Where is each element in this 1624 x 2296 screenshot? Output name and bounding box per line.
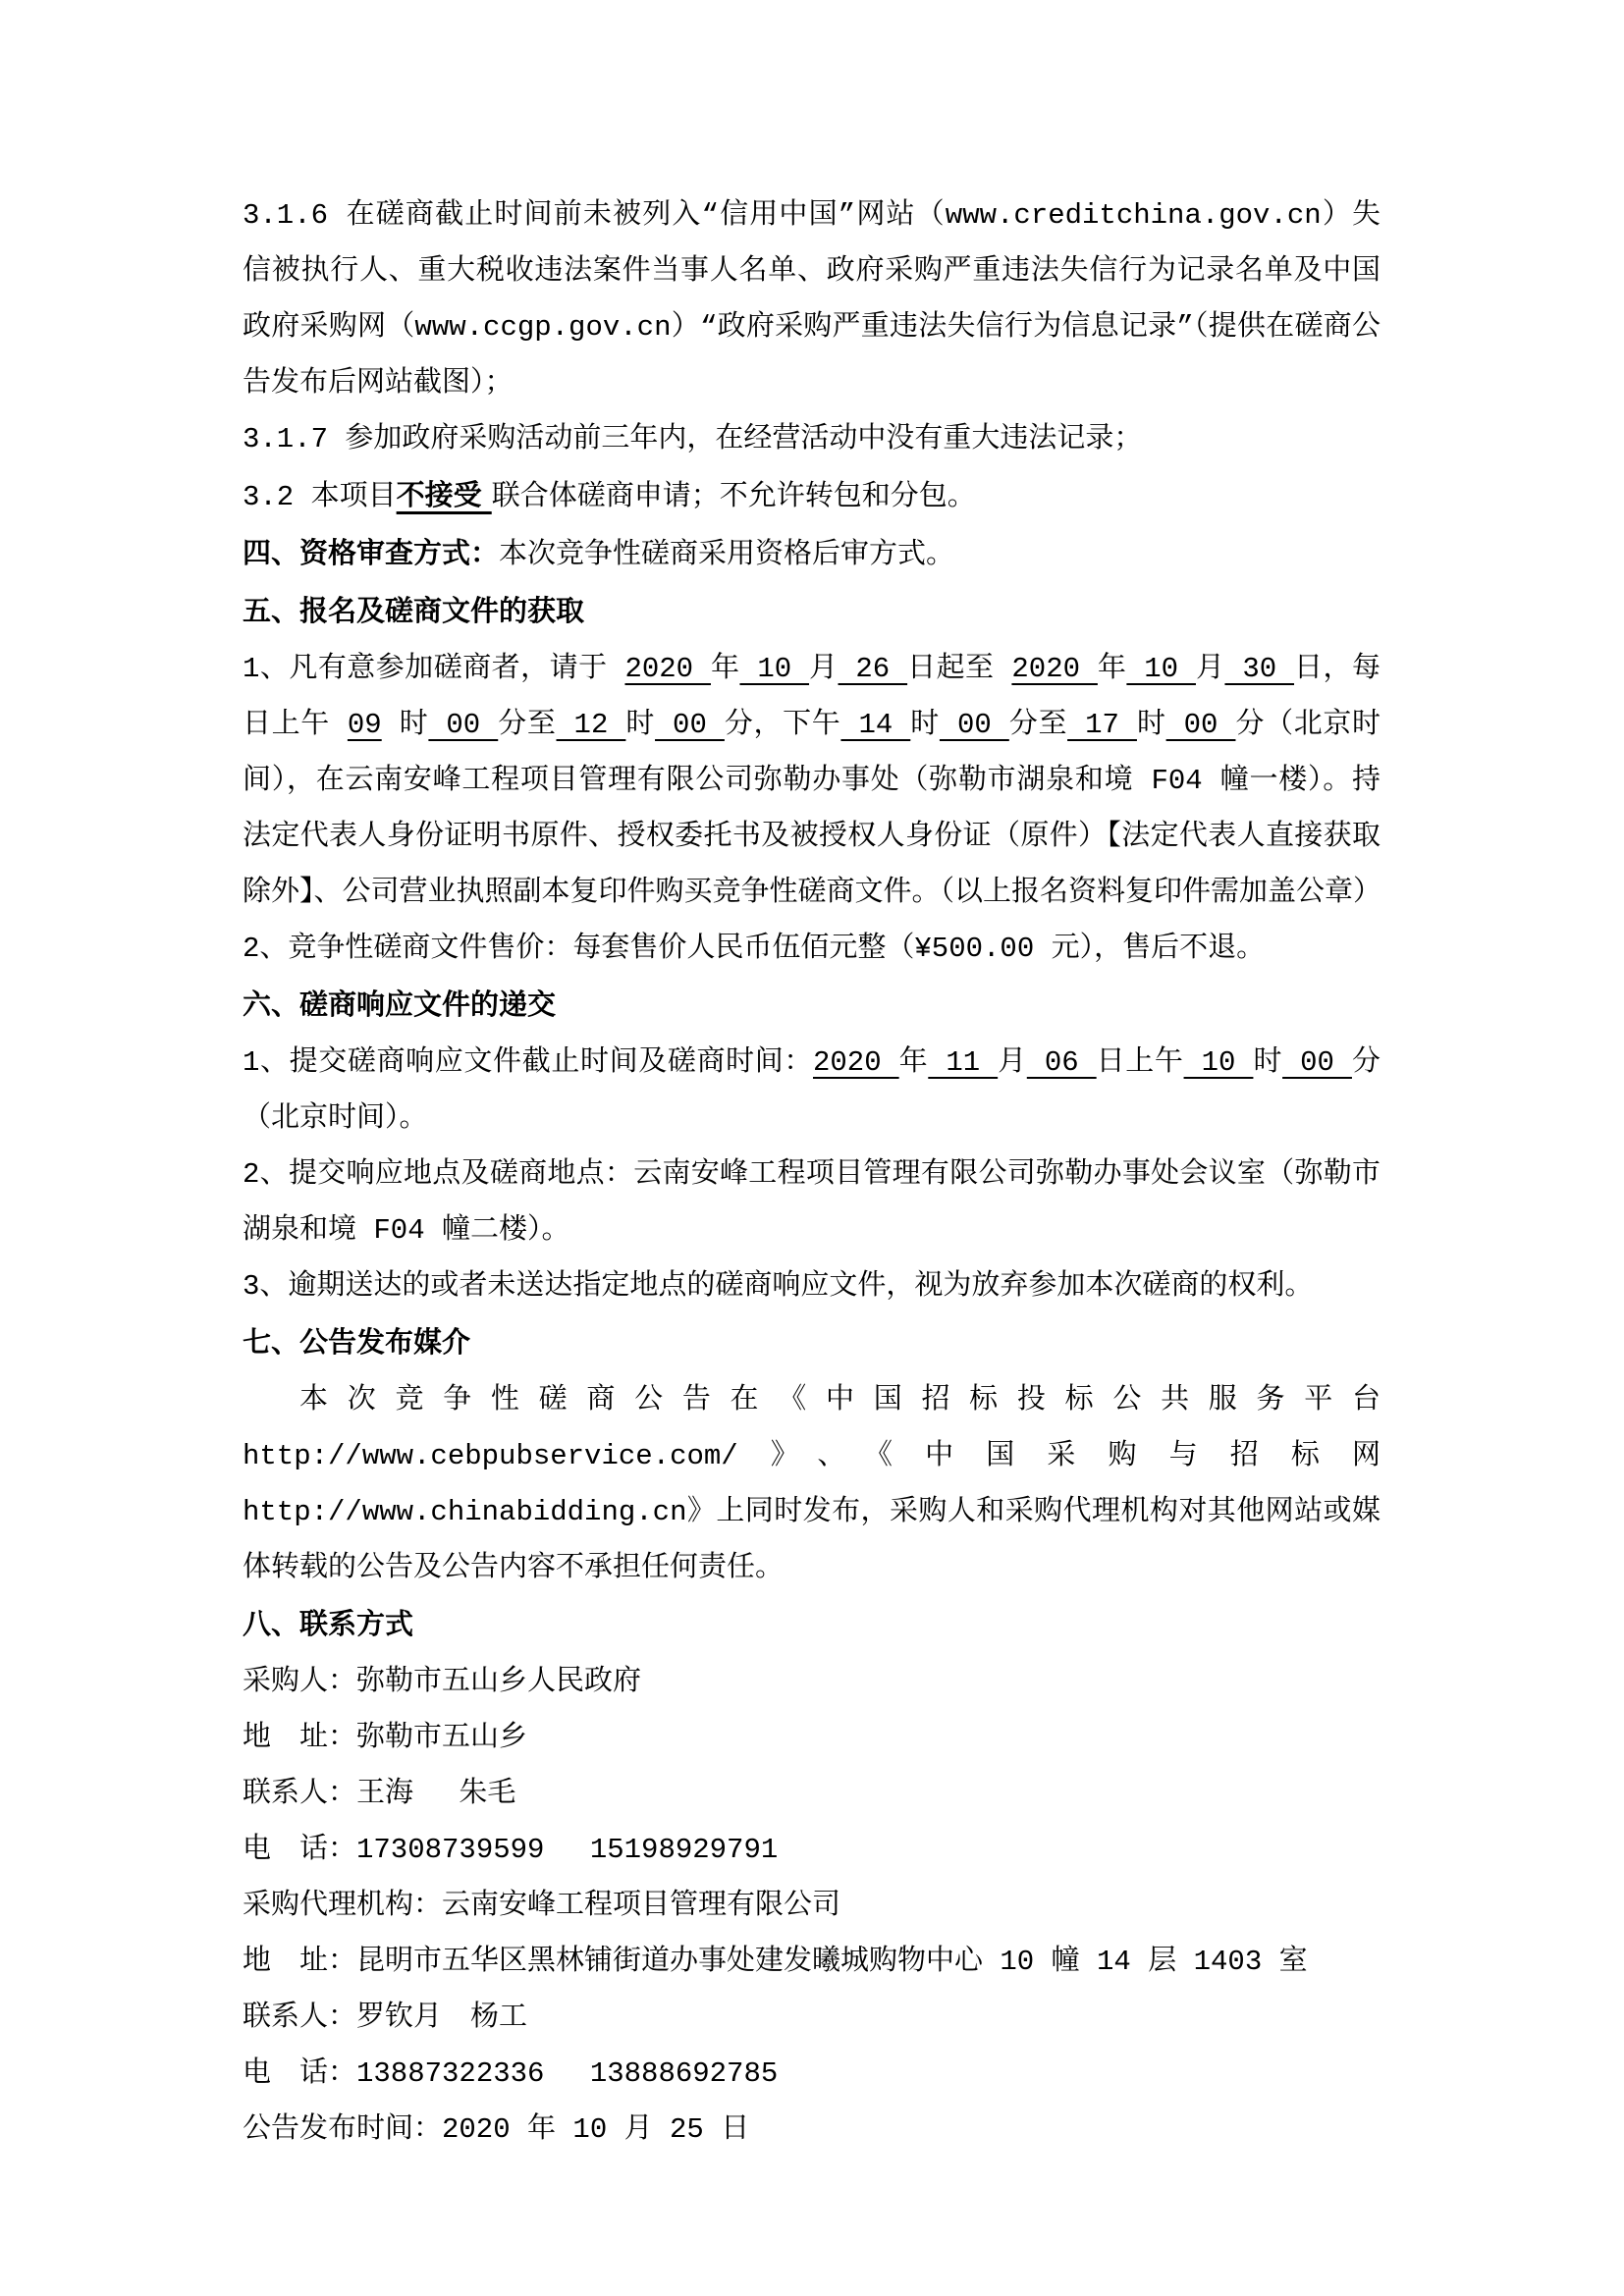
agency-address-line: 地 址：昆明市五华区黑林铺街道办事处建发曦城购物中心 10 幢 14 层 140… — [243, 1934, 1380, 1990]
text-run: 1、提交磋商响应文件截止时间及磋商时间： — [243, 1046, 813, 1079]
section-4-qualification-review: 四、资格审查方式：本次竞争性磋商采用资格后审方式。 — [243, 525, 1380, 583]
underline-run: 09 — [348, 709, 382, 741]
announcement-media-paragraph: 本次竞争性磋商公告在《中国招标投标公共服务平台 http://www.cebpu… — [243, 1372, 1380, 1596]
text-run: 月 — [998, 1046, 1027, 1079]
text-run: 分至 — [1009, 709, 1067, 741]
text-run: 年 — [711, 653, 739, 685]
section-6-heading: 六、磋商响应文件的递交 — [243, 977, 1380, 1035]
registration-time-item: 1、凡有意参加磋商者，请于 2020 年 10 月 26 日起至 2020 年 … — [243, 641, 1380, 921]
text-run: 本次竞争性磋商采用资格后审方式。 — [499, 539, 954, 571]
underline-run: 10 — [1184, 1046, 1254, 1079]
text-run: 公告发布时间：2020 年 10 月 25 日 — [243, 2113, 749, 2146]
text-run: 联系人：王海 朱毛 — [243, 1778, 515, 1810]
text-run: 月 — [1196, 653, 1224, 685]
text-run: 3、逾期送达的或者未送达指定地点的磋商响应文件，视为放弃参加本次磋商的权利。 — [243, 1270, 1313, 1303]
section-8-heading: 八、联系方式 — [243, 1596, 1380, 1654]
submission-deadline-item: 1、提交磋商响应文件截止时间及磋商时间：2020 年 11 月 06 日上午 1… — [243, 1035, 1380, 1147]
text-run: 2、提交响应地点及磋商地点：云南安峰工程项目管理有限公司弥勒办事处会议室（弥勒市… — [243, 1158, 1380, 1247]
underline-run: 10 — [739, 653, 809, 685]
underline-run: 00 — [1166, 709, 1236, 741]
agency-contact-line: 联系人：罗钦月 杨工 — [243, 1990, 1380, 2046]
text-run: 3.1.7 参加政府采购活动前三年内，在经营活动中没有重大违法记录； — [243, 423, 1142, 455]
underline-run: 00 — [940, 709, 1009, 741]
underline-run: 00 — [655, 709, 725, 741]
document-page: 3.1.6 在磋商截止时间前未被列入“信用中国”网站（www.creditchi… — [0, 0, 1624, 2296]
text-run: 时 — [625, 709, 655, 741]
section-7-heading: 七、公告发布媒介 — [243, 1314, 1380, 1372]
text-run: 时 — [910, 709, 940, 741]
underline-run: 2020 — [813, 1046, 899, 1079]
document-price-item: 2、竞争性磋商文件售价：每套售价人民币伍佰元整（¥500.00 元），售后不退。 — [243, 921, 1380, 977]
clause-3-2: 3.2 本项目不接受 联合体磋商申请；不允许转包和分包。 — [243, 467, 1380, 525]
underline-run: 06 — [1027, 1046, 1097, 1079]
heading-run: 四、资格审查方式： — [243, 536, 499, 569]
section-5-heading: 五、报名及磋商文件的获取 — [243, 583, 1380, 641]
text-run: 时 — [1137, 709, 1166, 741]
text-run: 分至 — [498, 709, 556, 741]
late-delivery-item: 3、逾期送达的或者未送达指定地点的磋商响应文件，视为放弃参加本次磋商的权利。 — [243, 1258, 1380, 1314]
heading-run: 七、公告发布媒介 — [243, 1325, 470, 1359]
clause-3-1-7: 3.1.7 参加政府采购活动前三年内，在经营活动中没有重大违法记录； — [243, 411, 1380, 467]
underline-run: 2020 — [624, 653, 711, 685]
text-run: 3.1.6 在磋商截止时间前未被列入“信用中国”网站（www.creditchi… — [243, 199, 1380, 400]
underline-run: 11 — [928, 1046, 998, 1079]
purchaser-phone-line: 电 话：17308739599 15198929791 — [243, 1822, 1380, 1878]
heading-run: 八、联系方式 — [243, 1607, 413, 1640]
text-run: 电 话：17308739599 15198929791 — [243, 1834, 778, 1866]
text-run: 时 — [382, 709, 429, 741]
underline-run: 12 — [557, 709, 626, 741]
text-run: 年 — [899, 1046, 929, 1079]
underline-run: 不接受 — [397, 478, 492, 511]
text-run: 联合体磋商申请；不允许转包和分包。 — [492, 481, 976, 513]
underline-run: 26 — [839, 653, 908, 685]
text-run: 本次竞争性磋商公告在《中国招标投标公共服务平台 http://www.cebpu… — [243, 1384, 1397, 1584]
agency-name-line: 采购代理机构：云南安峰工程项目管理有限公司 — [243, 1878, 1380, 1934]
heading-run: 五、报名及磋商文件的获取 — [243, 594, 584, 627]
underline-run: 14 — [840, 709, 910, 741]
text-run: 日起至 — [907, 653, 1011, 685]
purchaser-address-line: 地 址：弥勒市五山乡 — [243, 1710, 1380, 1766]
text-run: 地 址：弥勒市五山乡 — [243, 1722, 527, 1754]
underline-run: 30 — [1224, 653, 1294, 685]
text-run: 2、竞争性磋商文件售价：每套售价人民币伍佰元整（¥500.00 元），售后不退。 — [243, 933, 1265, 965]
text-run: 采购代理机构：云南安峰工程项目管理有限公司 — [243, 1890, 840, 1922]
submission-location-item: 2、提交响应地点及磋商地点：云南安峰工程项目管理有限公司弥勒办事处会议室（弥勒市… — [243, 1147, 1380, 1258]
underline-run: 17 — [1067, 709, 1137, 741]
clause-3-1-6: 3.1.6 在磋商截止时间前未被列入“信用中国”网站（www.creditchi… — [243, 187, 1380, 411]
text-run: 3.2 本项目 — [243, 481, 397, 513]
text-run: 时 — [1253, 1046, 1282, 1079]
underline-run: 00 — [428, 709, 498, 741]
text-run: 地 址：昆明市五华区黑林铺街道办事处建发曦城购物中心 10 幢 14 层 140… — [243, 1946, 1308, 1978]
text-run: 日上午 — [1097, 1046, 1184, 1079]
underline-run: 2020 — [1011, 653, 1098, 685]
text-run: 采购人：弥勒市五山乡人民政府 — [243, 1666, 641, 1698]
underline-run: 00 — [1282, 1046, 1352, 1079]
text-run: 月 — [809, 653, 838, 685]
heading-run: 六、磋商响应文件的递交 — [243, 988, 556, 1021]
text-run: 分，下午 — [725, 709, 841, 741]
purchaser-contact-line: 联系人：王海 朱毛 — [243, 1766, 1380, 1822]
publish-date-line: 公告发布时间：2020 年 10 月 25 日 — [243, 2102, 1380, 2158]
underline-run: 10 — [1126, 653, 1196, 685]
document-body: 3.1.6 在磋商截止时间前未被列入“信用中国”网站（www.creditchi… — [243, 187, 1380, 2158]
text-run: 1、凡有意参加磋商者，请于 — [243, 653, 624, 685]
text-run: 电 话：13887322336 13888692785 — [243, 2057, 778, 2090]
agency-phone-line: 电 话：13887322336 13888692785 — [243, 2046, 1380, 2102]
purchaser-name-line: 采购人：弥勒市五山乡人民政府 — [243, 1654, 1380, 1710]
text-run: 联系人：罗钦月 杨工 — [243, 2002, 527, 2034]
text-run: 年 — [1098, 653, 1126, 685]
